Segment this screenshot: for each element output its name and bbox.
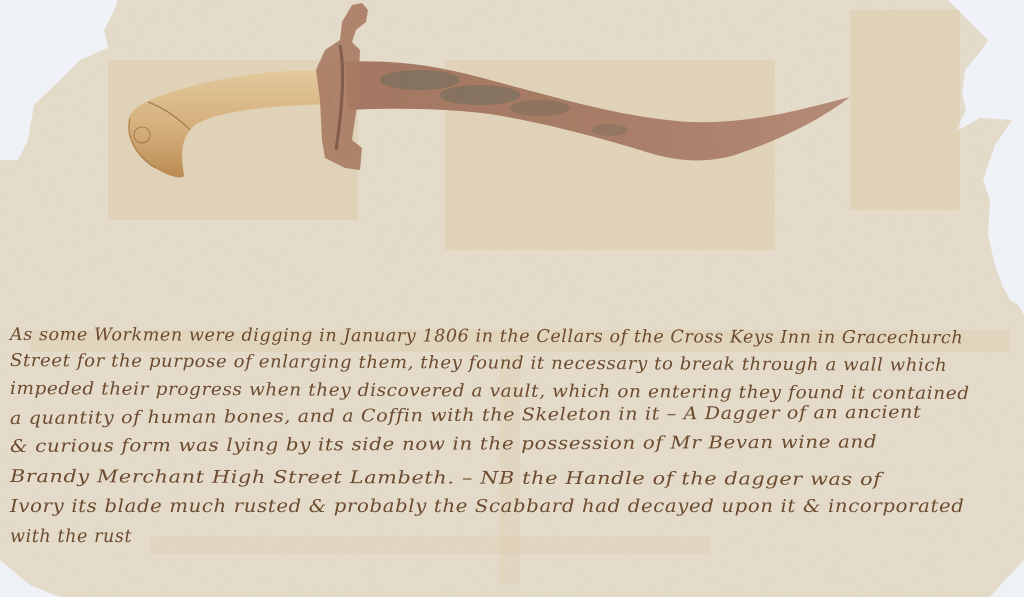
manuscript-line: Ivory its blade much rusted & probably t… — [10, 497, 965, 517]
manuscript-sheet: As some Workmen were digging in January … — [0, 0, 1024, 597]
manuscript-line: As some Workmen were digging in January … — [10, 325, 963, 348]
manuscript-line: Brandy Merchant High Street Lambeth. – N… — [10, 467, 882, 490]
dagger-handle — [128, 71, 330, 178]
manuscript-line: with the rust — [10, 527, 132, 547]
